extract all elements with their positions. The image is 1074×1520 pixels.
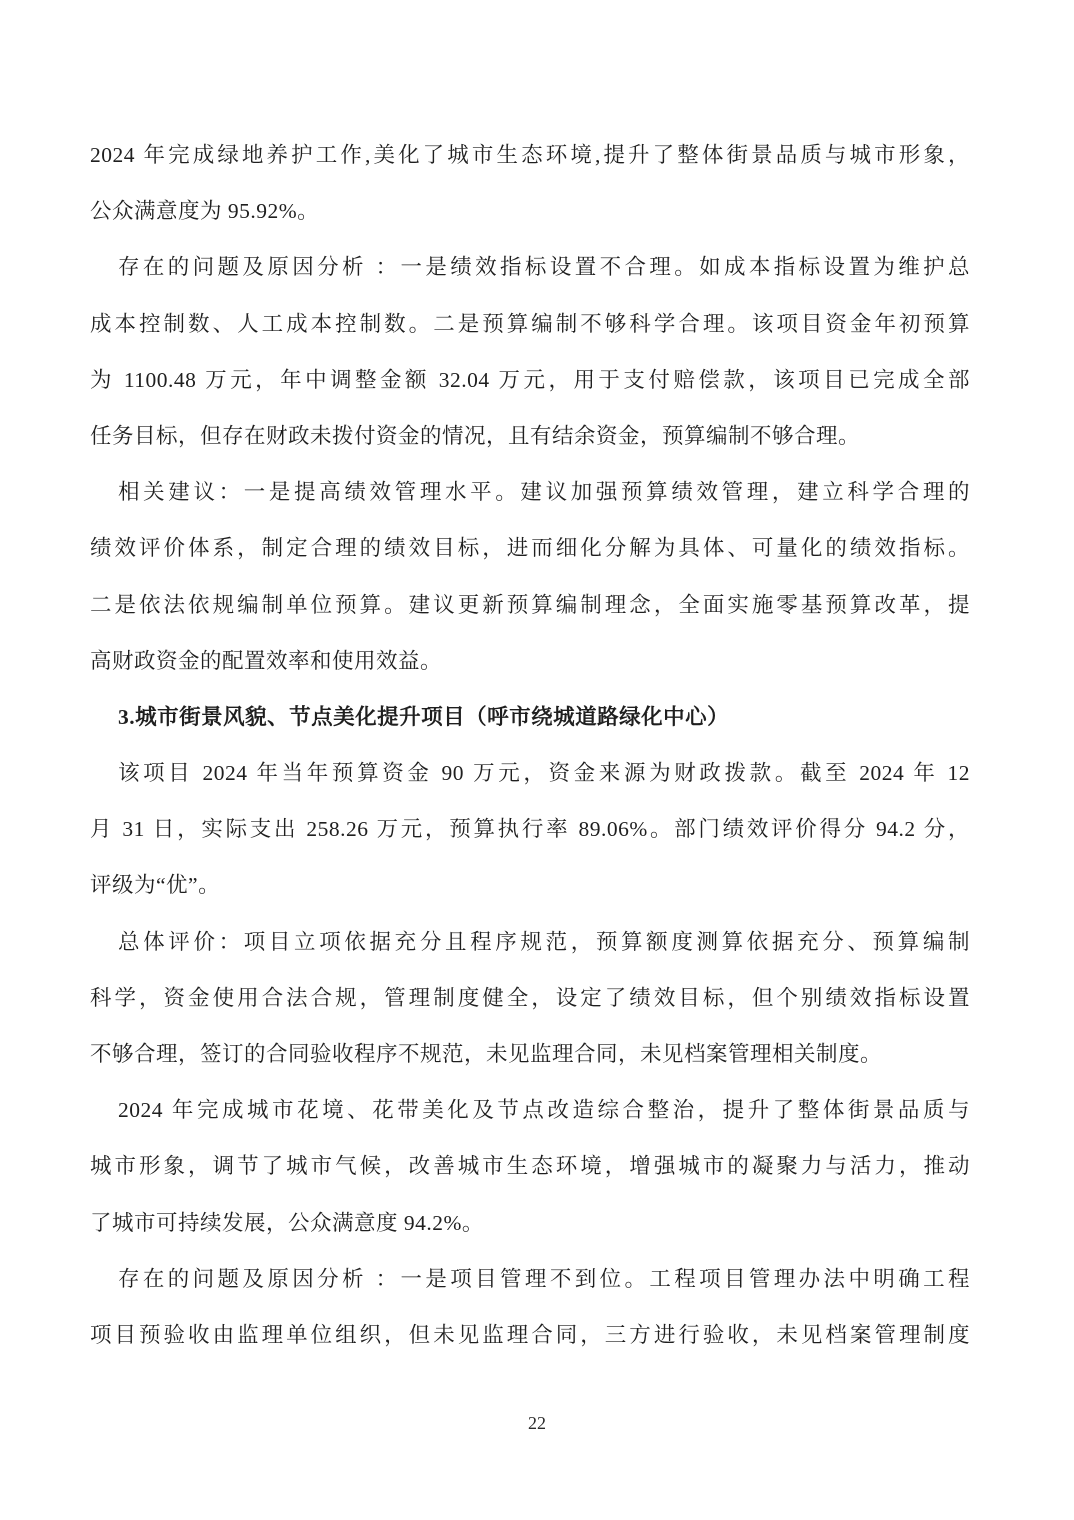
text-line: 3.城市街景风貌、节点美化提升项目（呼市绕城道路绿化中心） (90, 689, 970, 745)
text-line: 相关建议：一是提高绩效管理水平。建议加强预算绩效管理，建立科学合理的 (90, 464, 970, 520)
text-line: 科学，资金使用合法合规，管理制度健全，设定了绩效目标，但个别绩效指标设置 (90, 970, 970, 1026)
text-line: 评级为“优”。 (90, 857, 970, 913)
section-heading: 3.城市街景风貌、节点美化提升项目（呼市绕城道路绿化中心） (90, 689, 970, 745)
text-line: 成本控制数、人工成本控制数。二是预算编制不够科学合理。该项目资金年初预算 (90, 296, 970, 352)
text-line: 为 1100.48 万元，年中调整金额 32.04 万元，用于支付赔偿款，该项目… (90, 352, 970, 408)
paragraph: 总体评价：项目立项依据充分且程序规范，预算额度测算依据充分、预算编制科学，资金使… (90, 914, 970, 1083)
paragraph: 2024 年完成绿地养护工作,美化了城市生态环境,提升了整体街景品质与城市形象，… (90, 127, 970, 239)
paragraph: 存在的问题及原因分析 ：一是绩效指标设置不合理。如成本指标设置为维护总成本控制数… (90, 239, 970, 464)
text-line: 存在的问题及原因分析 ：一是绩效指标设置不合理。如成本指标设置为维护总 (90, 239, 970, 295)
text-line: 该项目 2024 年当年预算资金 90 万元，资金来源为财政拨款。截至 2024… (90, 745, 970, 801)
text-line: 项目预验收由监理单位组织，但未见监理合同，三方进行验收，未见档案管理制度 (90, 1307, 970, 1363)
text-line: 任务目标，但存在财政未拨付资金的情况，且有结余资金，预算编制不够合理。 (90, 408, 970, 464)
page-footer: 22 (0, 1408, 1074, 1438)
text-line: 绩效评价体系，制定合理的绩效目标，进而细化分解为具体、可量化的绩效指标。 (90, 520, 970, 576)
paragraph: 相关建议：一是提高绩效管理水平。建议加强预算绩效管理，建立科学合理的绩效评价体系… (90, 464, 970, 689)
text-line: 城市形象，调节了城市气候，改善城市生态环境，增强城市的凝聚力与活力，推动 (90, 1138, 970, 1194)
text-line: 存在的问题及原因分析 ：一是项目管理不到位。工程项目管理办法中明确工程 (90, 1251, 970, 1307)
text-line: 高财政资金的配置效率和使用效益。 (90, 633, 970, 689)
page-number: 22 (528, 1413, 546, 1433)
paragraph: 该项目 2024 年当年预算资金 90 万元，资金来源为财政拨款。截至 2024… (90, 745, 970, 914)
text-line: 2024 年完成城市花境、花带美化及节点改造综合整治，提升了整体街景品质与 (90, 1082, 970, 1138)
paragraph: 存在的问题及原因分析 ：一是项目管理不到位。工程项目管理办法中明确工程项目预验收… (90, 1251, 970, 1363)
document-page: 2024 年完成绿地养护工作,美化了城市生态环境,提升了整体街景品质与城市形象，… (0, 0, 1074, 1520)
text-line: 月 31 日，实际支出 258.26 万元，预算执行率 89.06%。部门绩效评… (90, 801, 970, 857)
text-line: 2024 年完成绿地养护工作,美化了城市生态环境,提升了整体街景品质与城市形象， (90, 127, 970, 183)
paragraph: 2024 年完成城市花境、花带美化及节点改造综合整治，提升了整体街景品质与城市形… (90, 1082, 970, 1251)
text-line: 公众满意度为 95.92%。 (90, 183, 970, 239)
document-body: 2024 年完成绿地养护工作,美化了城市生态环境,提升了整体街景品质与城市形象，… (90, 127, 970, 1363)
text-line: 了城市可持续发展，公众满意度 94.2%。 (90, 1195, 970, 1251)
text-line: 不够合理，签订的合同验收程序不规范，未见监理合同，未见档案管理相关制度。 (90, 1026, 970, 1082)
text-line: 总体评价：项目立项依据充分且程序规范，预算额度测算依据充分、预算编制 (90, 914, 970, 970)
text-line: 二是依法依规编制单位预算。建议更新预算编制理念，全面实施零基预算改革，提 (90, 577, 970, 633)
